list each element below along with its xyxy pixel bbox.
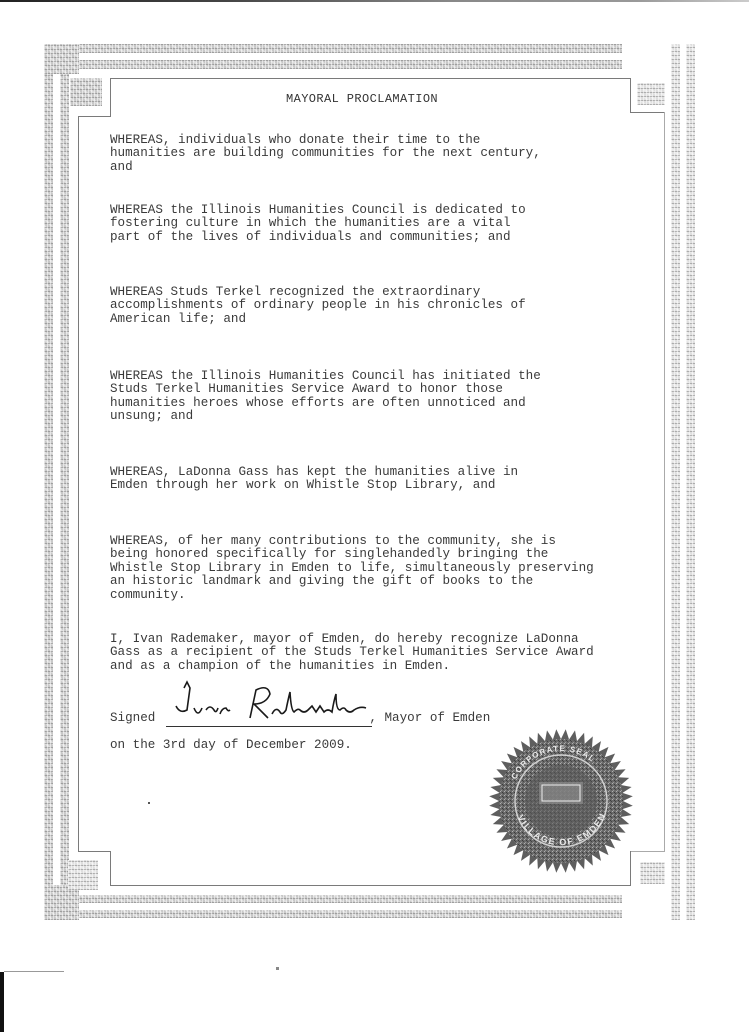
scan-edge-left (0, 972, 4, 1032)
corporate-seal-icon: VILLAGE OF EMDEN CORPORATE SEAL (484, 727, 639, 875)
scan-edge-bottom (4, 971, 64, 972)
whereas-paragraph-4: WHEREAS the Illinois Humanities Council … (110, 370, 650, 424)
signer-title: , Mayor of Emden (369, 711, 490, 725)
signed-label: Signed (110, 711, 155, 725)
recognition-paragraph: I, Ivan Rademaker, mayor of Emden, do he… (110, 633, 650, 673)
whereas-paragraph-1: WHEREAS, individuals who donate their ti… (110, 134, 650, 174)
handwritten-signature (170, 680, 370, 730)
scan-speck (148, 802, 150, 804)
date-line: on the 3rd day of December 2009. (110, 738, 352, 752)
scan-edge-top (0, 0, 749, 2)
whereas-paragraph-2: WHEREAS the Illinois Humanities Council … (110, 204, 650, 244)
whereas-paragraph-5: WHEREAS, LaDonna Gass has kept the human… (110, 466, 650, 493)
proclamation-title: MAYORAL PROCLAMATION (286, 92, 438, 106)
whereas-paragraph-6: WHEREAS, of her many contributions to th… (110, 535, 650, 602)
scan-speck (276, 967, 279, 970)
whereas-paragraph-3: WHEREAS Studs Terkel recognized the extr… (110, 286, 650, 326)
